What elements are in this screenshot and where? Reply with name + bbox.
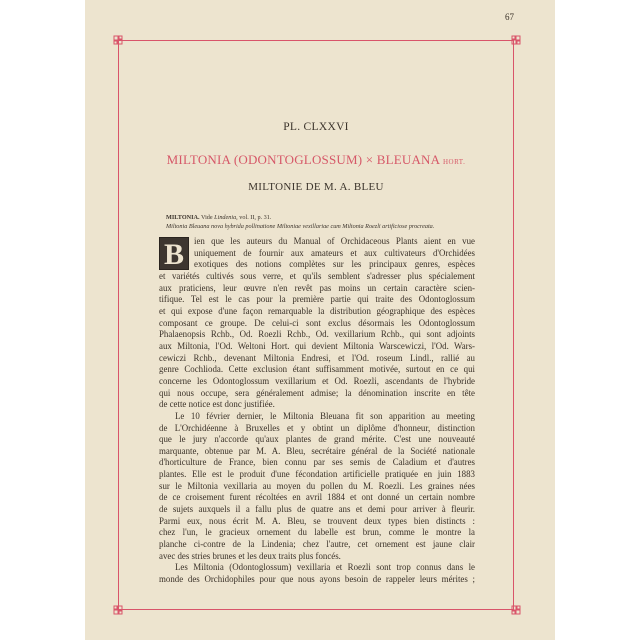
paragraph-2: Le 10 février dernier, le Miltonia Bleua… <box>159 411 475 563</box>
paragraph-1: B ien que les auteurs du Manual of Orchi… <box>159 236 475 411</box>
species-title: MILTONIA (ODONTOGLOSSUM) × BLEUANA HORT. <box>118 152 514 168</box>
genus-label: MILTONIA. <box>166 214 200 221</box>
article-body: B ien que les auteurs du Manual of Orchi… <box>159 236 475 586</box>
page-number: 67 <box>505 12 514 22</box>
corner-ornament-icon <box>507 35 521 49</box>
paragraph-3: Les Miltonia (Odontoglossum) vexillaria … <box>159 562 475 585</box>
plate-number: PL. CLXXVI <box>118 121 514 133</box>
corner-ornament-icon <box>507 601 521 615</box>
latin-reference: MILTONIA. Vide Lindenia, vol. II, p. 31.… <box>166 214 486 231</box>
hort-abbreviation: HORT. <box>443 158 465 166</box>
latin-description: Miltonia Bleuana nova hybrida pollinatio… <box>166 223 434 230</box>
drop-cap: B <box>159 237 189 270</box>
species-name: MILTONIA (ODONTOGLOSSUM) × BLEUANA <box>167 152 440 167</box>
corner-ornament-icon <box>113 601 127 615</box>
french-name: MILTONIE DE M. A. BLEU <box>118 181 514 193</box>
corner-ornament-icon <box>113 35 127 49</box>
